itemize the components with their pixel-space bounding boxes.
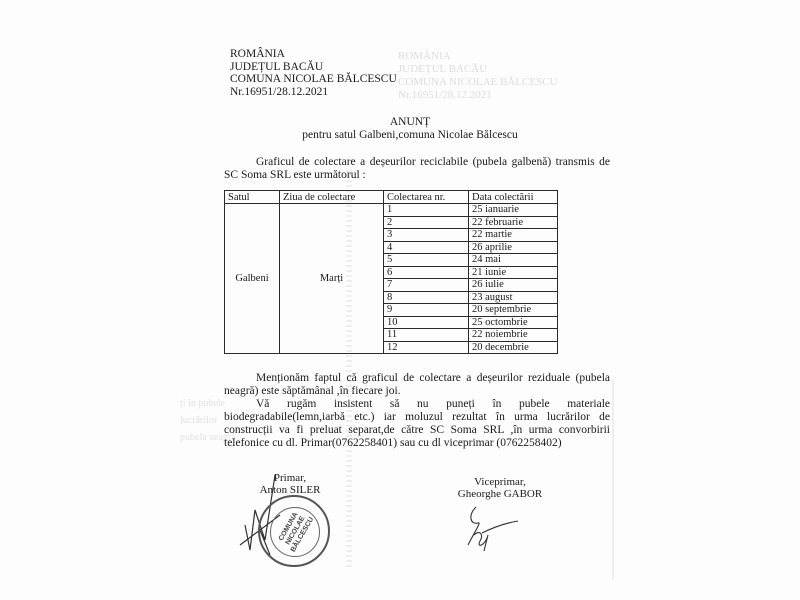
collection-date-cell: 26 aprilie (469, 241, 558, 254)
collection-number-cell: 4 (384, 241, 469, 254)
collection-date-cell: 25 ianuarie (469, 204, 558, 217)
collection-date-cell: 22 martie (469, 229, 558, 242)
collection-number-cell: 3 (384, 229, 469, 242)
collection-date-cell: 22 noiembrie (469, 329, 558, 342)
county: JUDEȚUL BACĂU (230, 61, 397, 74)
scan-crease (612, 380, 614, 580)
announcement-subtitle: pentru satul Galbeni,comuna Nicolae Bălc… (220, 129, 600, 141)
official-stamp-icon: COMUNA NICOLAE BĂLCESCU (258, 495, 330, 567)
registration-number: Nr.16951/28.12.2021 (230, 86, 397, 99)
announcement-title: ANUNȚ (220, 116, 600, 128)
collection-number-cell: 5 (384, 254, 469, 267)
collection-number-cell: 12 (384, 341, 469, 354)
header-collection-date: Data colectării (469, 191, 558, 204)
village-cell: Galbeni (225, 204, 280, 354)
day-cell: Marți (280, 204, 384, 354)
collection-number-cell: 6 (384, 266, 469, 279)
collection-date-cell: 21 iunie (469, 266, 558, 279)
collection-number-cell: 8 (384, 291, 469, 304)
commune: COMUNA NICOLAE BĂLCESCU (230, 73, 397, 86)
vice-mayor-role: Viceprimar, (440, 476, 560, 488)
vice-mayor-name: Gheorghe GABOR (440, 488, 560, 500)
collection-date-cell: 23 august (469, 291, 558, 304)
collection-number-cell: 11 (384, 329, 469, 342)
header-day: Ziua de colectare (280, 191, 384, 204)
vice-mayor-signature-block: Viceprimar, Gheorghe GABOR (440, 476, 560, 500)
collection-date-cell: 20 decembrie (469, 341, 558, 354)
collection-date-cell: 26 iulie (469, 279, 558, 292)
bleed-through-header: ROMÂNIA JUDEȚUL BACĂU COMUNA NICOLAE BĂL… (398, 50, 558, 102)
issuer-header: ROMÂNIA JUDEȚUL BACĂU COMUNA NICOLAE BĂL… (230, 48, 397, 98)
document-page: ROMÂNIA JUDEȚUL BACĂU COMUNA NICOLAE BĂL… (0, 0, 800, 600)
collection-date-cell: 25 octombrie (469, 316, 558, 329)
header-collection-number: Colectarea nr. (384, 191, 469, 204)
collection-number-cell: 2 (384, 216, 469, 229)
notes-section: Menționăm faptul că graficul de colectar… (224, 372, 610, 450)
collection-number-cell: 9 (384, 304, 469, 317)
collection-number-cell: 7 (384, 279, 469, 292)
residual-waste-note: Menționăm faptul că graficul de colectar… (224, 372, 610, 398)
collection-date-cell: 24 mai (469, 254, 558, 267)
collection-date-cell: 20 septembrie (469, 304, 558, 317)
country: ROMÂNIA (230, 48, 397, 61)
request-note: Vă rugăm insistent să nu puneți în pubel… (224, 398, 610, 450)
table-header-row: Satul Ziua de colectare Colectarea nr. D… (225, 191, 558, 204)
collection-number-cell: 10 (384, 316, 469, 329)
intro-paragraph: Graficul de colectare a deșeurilor recic… (224, 156, 610, 182)
collection-schedule-table: Satul Ziua de colectare Colectarea nr. D… (224, 190, 558, 354)
vice-mayor-signature-icon (462, 505, 522, 555)
collection-date-cell: 22 februarie (469, 216, 558, 229)
table-row: GalbeniMarți125 ianuarie (225, 204, 558, 217)
header-village: Satul (225, 191, 280, 204)
collection-number-cell: 1 (384, 204, 469, 217)
